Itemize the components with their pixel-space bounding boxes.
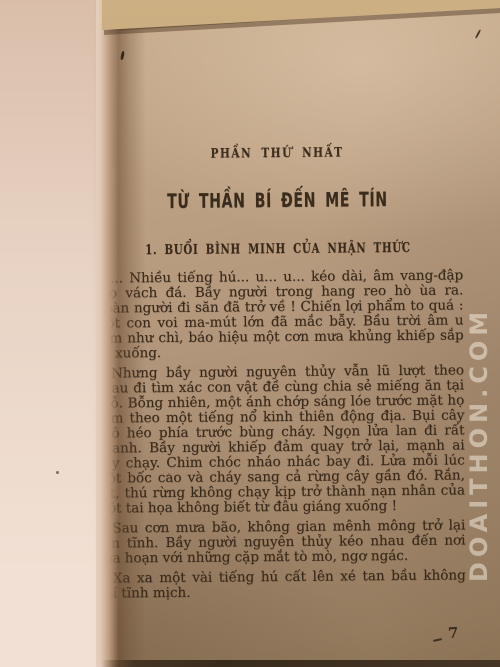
book-page-photo: PHẦN THỨ NHẤT TỪ THẦN BÍ ĐẾN MÊ TÍN 1. B…: [0, 0, 500, 667]
facing-page-and-gutter-shadow: [0, 0, 152, 667]
dot-speck-page: [168, 473, 170, 475]
book-title: TỪ THẦN BÍ ĐẾN MÊ TÍN: [148, 188, 407, 212]
dot-speck-facing-page: [56, 471, 59, 474]
part-title: PHẦN THỨ NHẤT: [129, 145, 425, 163]
page-number: 7: [447, 624, 459, 643]
watermark-text: DOAITHON.COM: [464, 292, 494, 582]
photo-bottom-dark-edge: [102, 660, 500, 667]
section-heading: 1. BUỔI BÌNH MINH CỦA NHẬN THỨC: [139, 240, 417, 258]
